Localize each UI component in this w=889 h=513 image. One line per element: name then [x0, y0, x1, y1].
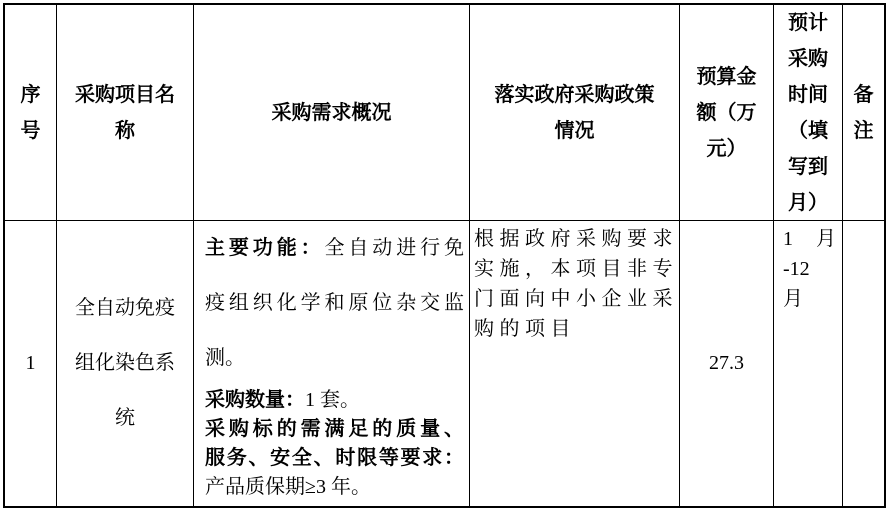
demand-warranty-text: 产品质保期≥3 年。	[205, 473, 464, 502]
text-line: 号	[5, 113, 56, 149]
text-line: 额（万	[680, 95, 773, 131]
text-line: 1 月	[783, 224, 836, 254]
text-line: 情况	[470, 113, 679, 149]
budget-cell: 27.3	[680, 221, 774, 506]
policy-cell: 根据政府采购要求实施，本项目非专门面向中小企业采购的项目	[470, 221, 680, 506]
header-cell-project-name: 采购项目名称	[57, 5, 194, 220]
text-line: 组化染色系	[57, 336, 193, 391]
seq-value: 1	[5, 352, 56, 375]
demand-main-function-text: 全自动进行免	[325, 237, 465, 259]
project-name-cell: 全自动免疫组化染色系统	[57, 221, 194, 506]
header-cell-demand: 采购需求概况	[194, 5, 470, 220]
text-line: 全自动免疫	[57, 281, 193, 336]
text-line: 元）	[680, 131, 773, 167]
header-cell-budget: 预算金额（万元）	[680, 5, 774, 220]
text-line: 统	[57, 391, 193, 446]
text-line: 预计	[774, 5, 842, 41]
text-line: 门面向中小企业采	[474, 284, 679, 314]
demand-cell: 主要功能：全自动进行免 疫组织化学和原位杂交监 测。 采购数量：1 套。 采购标…	[194, 221, 470, 506]
text-line: 月	[783, 284, 836, 314]
demand-line: 采购数量：1 套。	[205, 386, 464, 415]
text-line: 月）	[774, 185, 842, 221]
text-line: 落实政府采购政策	[470, 77, 679, 113]
text-line: 时间	[774, 77, 842, 113]
text-line: -12	[783, 254, 836, 284]
text-line: 实施，本项目非专	[474, 254, 679, 284]
remark-cell	[843, 221, 884, 506]
demand-line: 测。	[205, 331, 464, 386]
text-line: 采购	[774, 41, 842, 77]
text-line: 购的项目	[474, 314, 679, 344]
demand-line: 主要功能：全自动进行免	[205, 221, 464, 276]
time-cell: 1 月-12月	[774, 221, 843, 506]
demand-line: 疫组织化学和原位杂交监	[205, 276, 464, 331]
text-line: 注	[843, 113, 884, 149]
seq-cell: 1	[5, 221, 57, 506]
header-cell-policy: 落实政府采购政策情况	[470, 5, 680, 220]
text-line: 称	[57, 113, 193, 149]
header-cell-remark: 备注	[843, 5, 884, 220]
demand-quantity-text: 1 套。	[305, 389, 360, 411]
header-cell-time: 预计采购时间（填写到月）	[774, 5, 843, 220]
text-line: 采购需求概况	[194, 95, 469, 131]
demand-requirements-label: 采购标的需满足的质量、	[205, 415, 464, 444]
text-line: 写到	[774, 149, 842, 185]
procurement-document-page: 序号 采购项目名称 采购需求概况 落实政府采购政策情况 预算金额（万元） 预计采…	[0, 0, 889, 513]
text-line: 备	[843, 77, 884, 113]
demand-main-function-label: 主要功能：	[205, 237, 325, 259]
procurement-table: 序号 采购项目名称 采购需求概况 落实政府采购政策情况 预算金额（万元） 预计采…	[3, 3, 886, 508]
budget-value: 27.3	[680, 352, 773, 375]
table-data-row: 1 全自动免疫组化染色系统 主要功能：全自动进行免 疫组织化学和原位杂交监 测。…	[5, 221, 884, 506]
header-cell-seq: 序号	[5, 5, 57, 220]
text-line: 序	[5, 77, 56, 113]
table-header-row: 序号 采购项目名称 采购需求概况 落实政府采购政策情况 预算金额（万元） 预计采…	[5, 5, 884, 221]
text-line: （填	[774, 113, 842, 149]
demand-quantity-label: 采购数量：	[205, 389, 305, 411]
demand-requirements-label: 服务、安全、时限等要求：	[205, 444, 464, 473]
text-line: 预算金	[680, 59, 773, 95]
text-line: 根据政府采购要求	[474, 224, 679, 254]
text-line: 采购项目名	[57, 77, 193, 113]
